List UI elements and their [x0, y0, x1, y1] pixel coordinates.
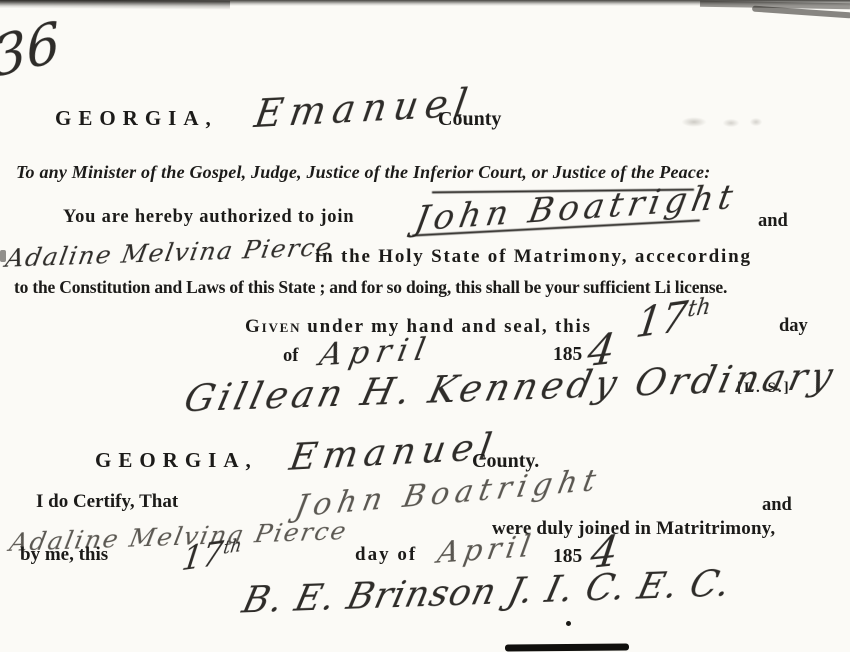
certificate-year-printed: 185 [553, 546, 582, 568]
smudge-top-edge [0, 0, 850, 6]
certificate-and-label: and [762, 495, 792, 516]
given-word: Given [245, 316, 301, 337]
smudge-top-left [0, 0, 230, 10]
license-day-number: 17 [633, 293, 690, 347]
document-scan: 36 GEORGIA, Emanuel County To any Minist… [0, 0, 850, 652]
day-of-label: day of [355, 544, 417, 566]
ink-dot [566, 621, 571, 626]
license-county-label: County [438, 108, 501, 131]
page-number: 36 [0, 9, 62, 89]
license-day-label: day [779, 316, 808, 337]
smudge-top-right-streak [752, 6, 850, 19]
smudge-faint-marks [676, 112, 766, 132]
license-bride-name: Adaline Melvina Pierce [4, 232, 336, 273]
constitution-line: to the Constitution and Laws of this Sta… [14, 277, 727, 298]
license-salutation: To any Minister of the Gospel, Judge, Ju… [16, 162, 710, 183]
by-me-text: by me, this [20, 544, 108, 566]
officiant-signature: B. E. Brinson J. I. C. E. C. [238, 563, 735, 621]
license-and-label: and [758, 211, 788, 232]
certificate-day-number: 17 [180, 534, 226, 579]
certify-text: I do Certify, That [36, 491, 178, 513]
license-groom-name: John Boatright [412, 176, 741, 239]
license-of-label: of [283, 346, 298, 367]
bottom-black-bar [505, 643, 629, 651]
license-month: April [317, 331, 436, 373]
ordinary-signature: Gillean H. Kennedy Ordinary [180, 354, 840, 420]
license-day-handwritten: 17th [633, 290, 713, 348]
certificate-day-suffix: th [222, 536, 243, 559]
certificate-county-handwritten: Emanuel [287, 424, 501, 478]
certificate-month: April [435, 528, 538, 569]
certificate-state: GEORGIA, [95, 448, 258, 473]
certificate-day-handwritten: 17th [180, 531, 244, 578]
smudge-top-right-band [700, 1, 850, 10]
license-day-suffix: th [686, 294, 712, 323]
authorization-text: You are hereby authorized to join [63, 207, 354, 228]
matrimony-line: in the Holy State of Matrimony, accecord… [315, 246, 752, 268]
license-state: GEORGIA, [55, 106, 218, 131]
given-rest: under my hand and seal, this [307, 316, 591, 337]
